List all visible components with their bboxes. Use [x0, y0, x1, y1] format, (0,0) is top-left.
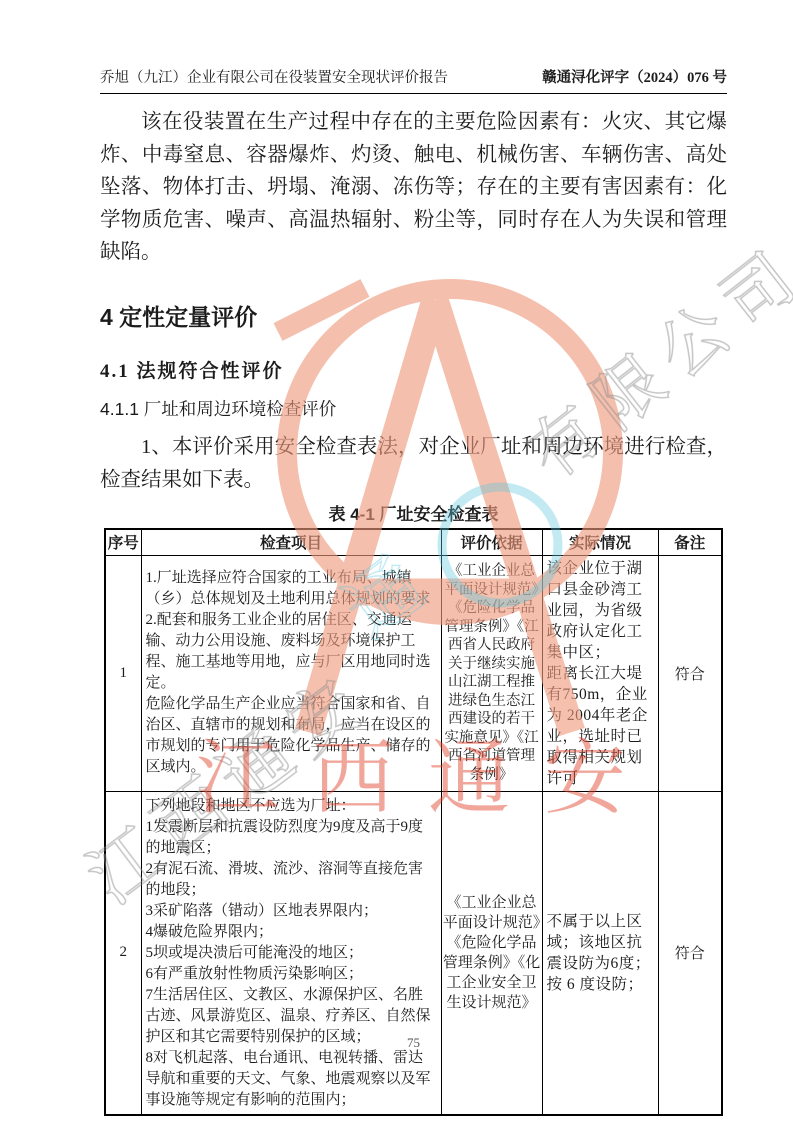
- row2-basis: 《工业企业总平面设计规范》《危险化学品管理条例》《化工企业安全卫生设计规范》: [441, 791, 542, 1115]
- row1-actual: 该企业位于湖口县金砂湾工业园，为省级政府认定化工集中区； 距离长江大堤有750m…: [542, 555, 658, 791]
- section-heading-4: 4 定性定量评价: [100, 299, 727, 332]
- row1-seq: 1: [105, 555, 141, 791]
- header-document-number: 赣通浔化评字（2024）076 号: [542, 66, 727, 87]
- row1-check-item: 1.厂址选择应符合国家的工业布局、城镇（乡）总体规划及土地利用总体规划的要求 2…: [141, 555, 441, 791]
- page-number: 75: [100, 1035, 727, 1051]
- document-page: 乔旭（九江）企业有限公司在役装置安全现状评价报告 赣通浔化评字（2024）076…: [0, 0, 793, 1122]
- table-row: 1 1.厂址选择应符合国家的工业布局、城镇（乡）总体规划及土地利用总体规划的要求…: [105, 555, 722, 791]
- intro-paragraph: 该在役装置在生产过程中存在的主要危险因素有：火灾、其它爆炸、中毒窒息、容器爆炸、…: [100, 106, 727, 269]
- row2-remark: 符合: [658, 791, 722, 1115]
- header-report-title: 乔旭（九江）企业有限公司在役装置安全现状评价报告: [100, 66, 448, 87]
- site-safety-check-table: 序号 检查项目 评价依据 实际情况 备注 1 1.厂址选择应符合国家的工业布局、…: [104, 528, 723, 1116]
- row1-basis: 《工业企业总平面设计规范》《危险化学品管理条例》《江西省人民政府关于继续实施山江…: [441, 555, 542, 791]
- column-header-actual: 实际情况: [542, 529, 658, 556]
- row2-seq: 2: [105, 791, 141, 1115]
- column-header-remark: 备注: [658, 529, 722, 556]
- method-paragraph: 1、本评价采用安全检查表法，对企业厂址和周边环境进行检查，检查结果如下表。: [100, 431, 727, 497]
- table-header-row: 序号 检查项目 评价依据 实际情况 备注: [105, 529, 722, 556]
- column-header-basis: 评价依据: [441, 529, 542, 556]
- column-header-seq: 序号: [105, 529, 141, 556]
- section-heading-4-1: 4.1 法规符合性评价: [100, 356, 727, 383]
- column-header-check-item: 检查项目: [141, 529, 441, 556]
- table-caption: 表 4-1 厂址安全检查表: [100, 500, 727, 525]
- page-header: 乔旭（九江）企业有限公司在役装置安全现状评价报告 赣通浔化评字（2024）076…: [100, 66, 727, 94]
- page-content: 该在役装置在生产过程中存在的主要危险因素有：火灾、其它爆炸、中毒窒息、容器爆炸、…: [100, 106, 727, 1116]
- row1-remark: 符合: [658, 555, 722, 791]
- row2-check-item: 下列地段和地区不应选为厂址： 1发震断层和抗震设防烈度为9度及高于9度的地震区；…: [141, 791, 441, 1115]
- section-heading-4-1-1: 4.1.1 厂址和周边环境检查评价: [100, 396, 727, 421]
- row2-actual: 不属于以上区域；该地区抗震设防为6度；按 6 度设防；: [542, 791, 658, 1115]
- table-row: 2 下列地段和地区不应选为厂址： 1发震断层和抗震设防烈度为9度及高于9度的地震…: [105, 791, 722, 1115]
